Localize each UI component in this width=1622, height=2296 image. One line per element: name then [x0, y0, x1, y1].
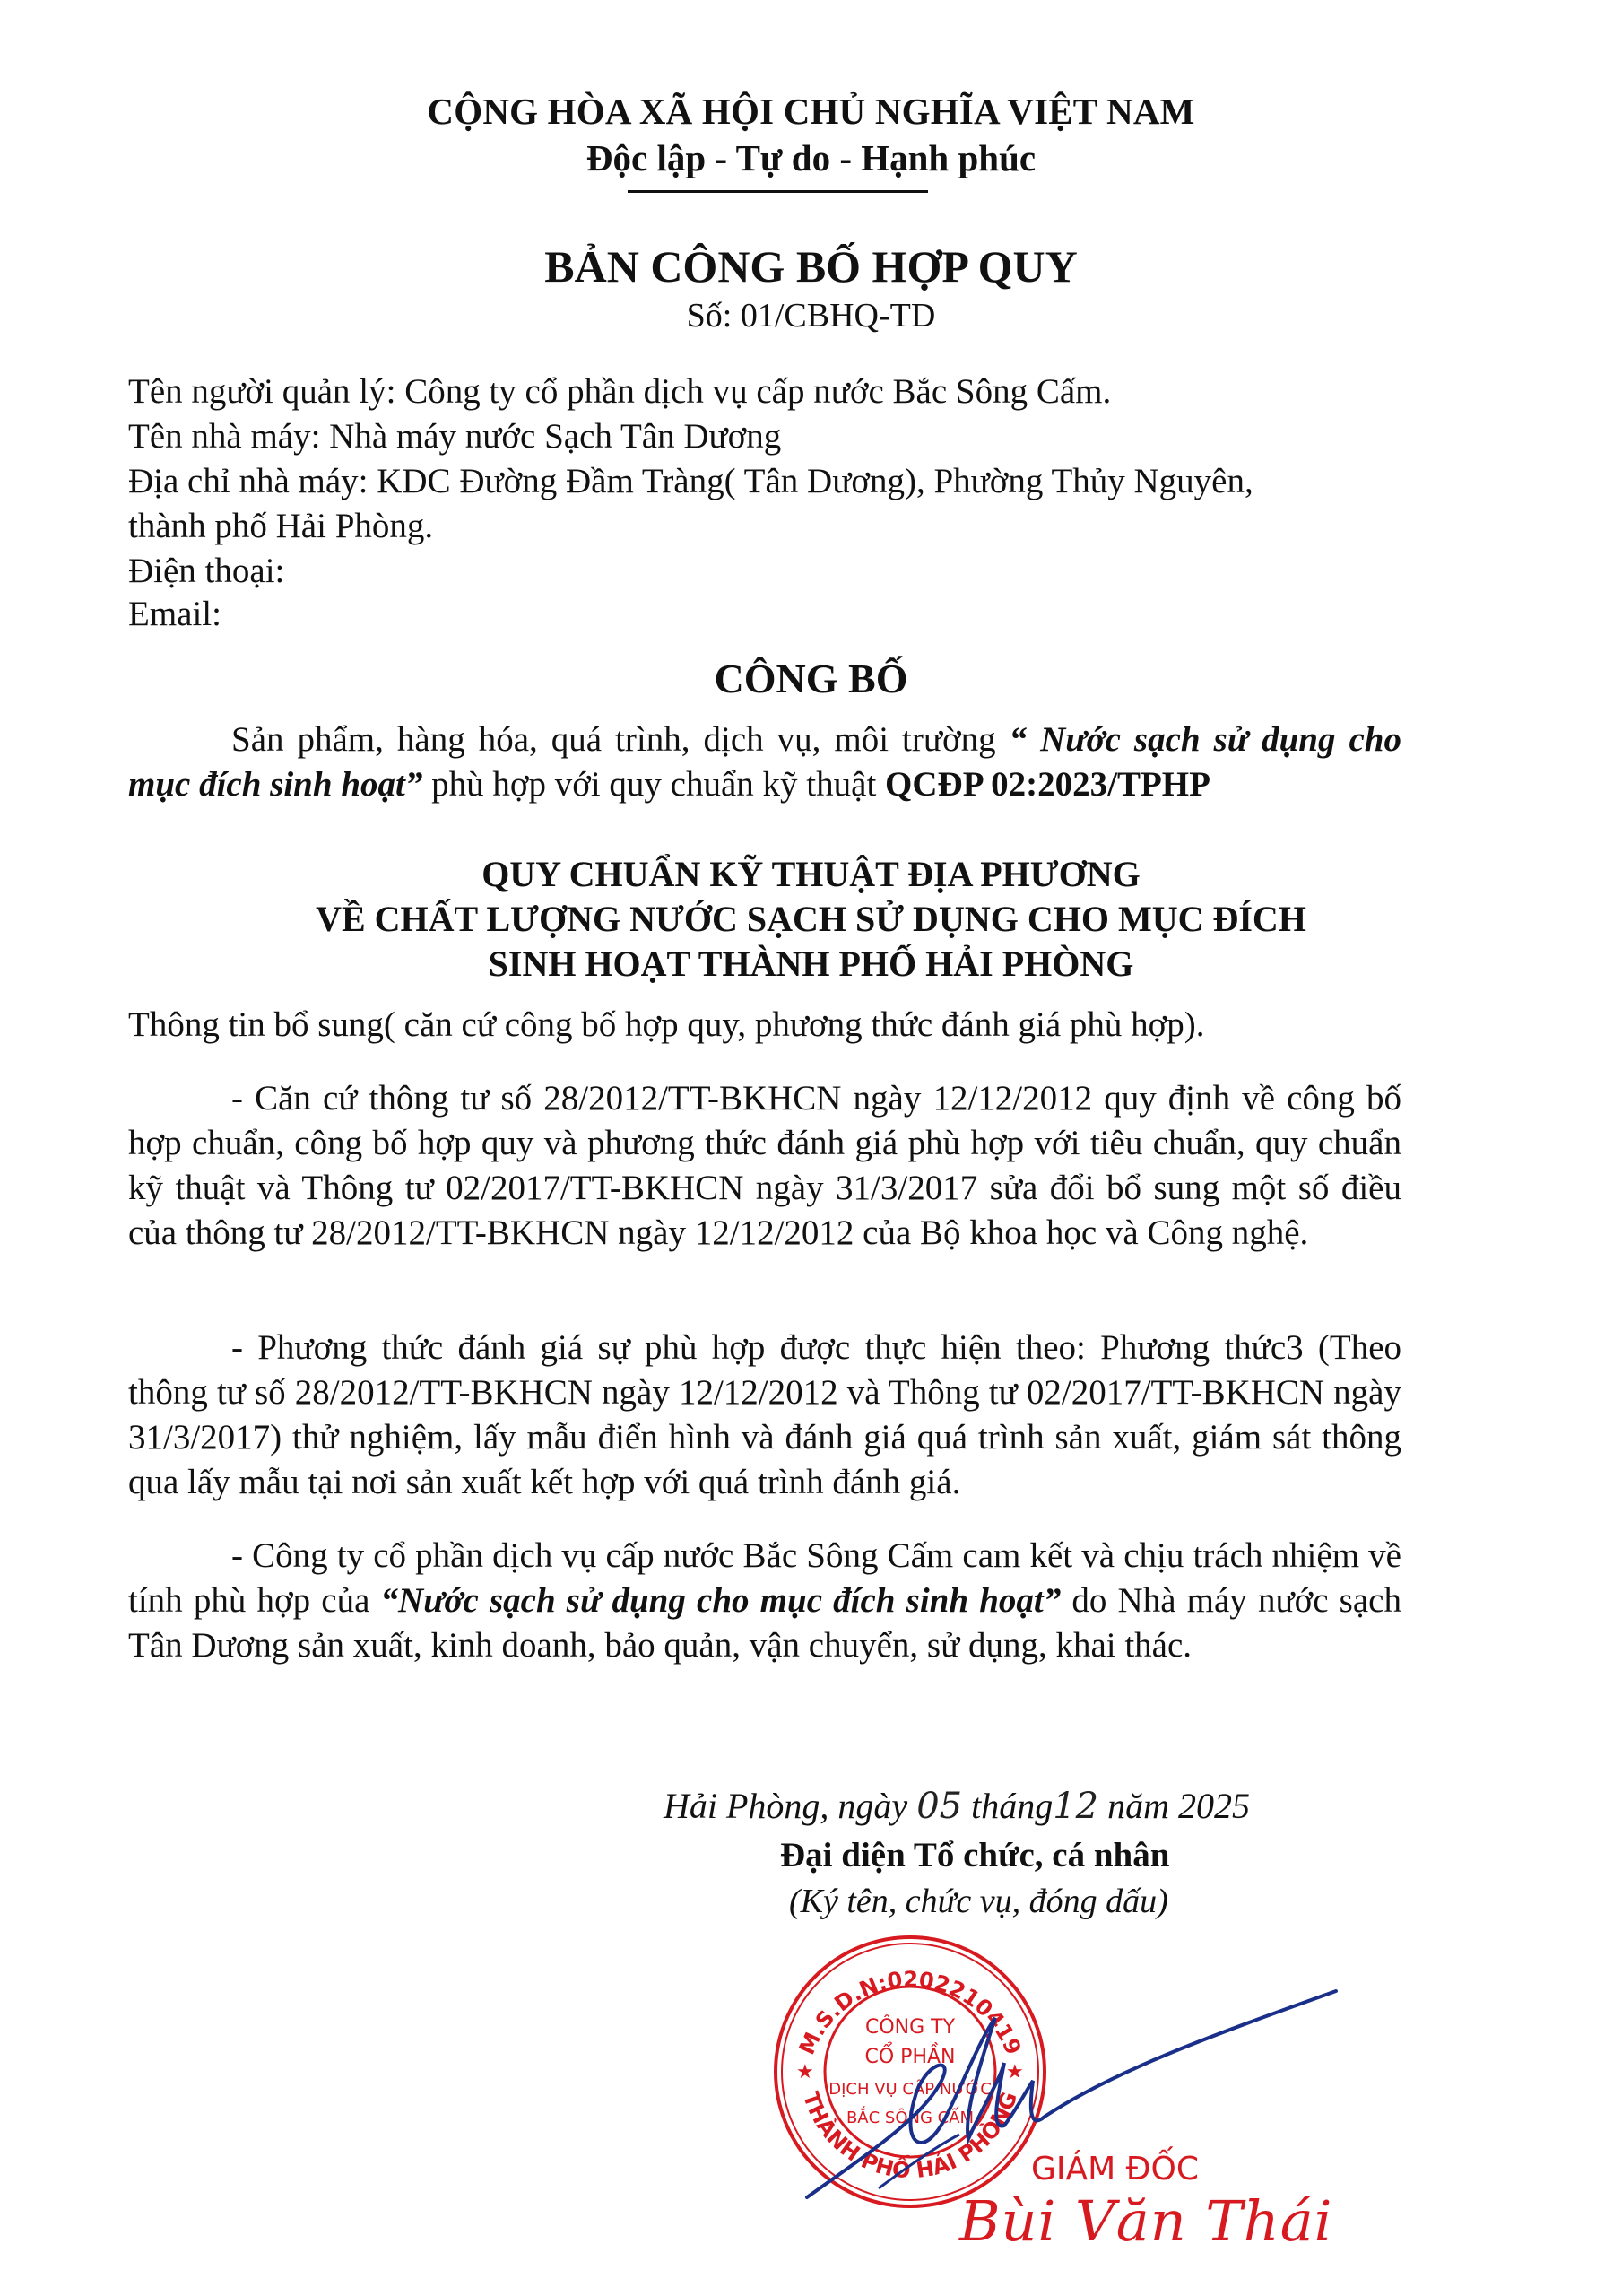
place-prefix: Hải Phòng, ngày — [664, 1786, 916, 1826]
motto: Độc lập - Tự do - Hạnh phúc — [0, 136, 1622, 179]
month-handwritten: 12 — [1053, 1786, 1098, 1827]
commitment-paragraph: - Công ty cổ phần dịch vụ cấp nước Bắc S… — [128, 1534, 1401, 1668]
day-handwritten: 05 — [916, 1786, 962, 1827]
director-title: GIÁM ĐỐC — [1031, 2151, 1199, 2187]
regulation-title-line3: SINH HOẠT THÀNH PHỐ HẢI PHÒNG — [0, 942, 1622, 987]
document-number: Số: 01/CBHQ-TD — [0, 296, 1622, 335]
country-header: CỘNG HÒA XÃ HỘI CHỦ NGHĨA VIỆT NAM — [0, 90, 1622, 133]
header-divider — [628, 190, 928, 193]
year: năm 2025 — [1107, 1786, 1250, 1826]
supplementary-heading: Thông tin bổ sung( căn cứ công bố hợp qu… — [128, 1003, 1401, 1048]
declaration-paragraph: Sản phẩm, hàng hóa, quá trình, dịch vụ, … — [128, 717, 1401, 807]
info-address-line1: Địa chỉ nhà máy: KDC Đường Đầm Tràng( Tâ… — [128, 459, 1253, 503]
regulation-title-line1: QUY CHUẨN KỸ THUẬT ĐỊA PHƯƠNG — [0, 852, 1622, 897]
regulation-title-line2: VỀ CHẤT LƯỢNG NƯỚC SẠCH SỬ DỤNG CHO MỤC … — [0, 897, 1622, 942]
declaration-heading: CÔNG BỐ — [0, 655, 1622, 702]
supplementary-item-2: - Phương thức đánh giá sự phù hợp được t… — [128, 1326, 1401, 1505]
info-factory: Tên nhà máy: Nhà máy nước Sạch Tân Dương — [128, 414, 781, 458]
month-label: tháng — [962, 1786, 1053, 1826]
signature-note: (Ký tên, chức vụ, đóng dấu) — [789, 1882, 1168, 1921]
info-address-line2: thành phố Hải Phòng. — [128, 504, 433, 548]
supplementary-item-1: - Căn cứ thông tư số 28/2012/TT-BKHCN ng… — [128, 1076, 1401, 1256]
commitment-product: “Nước sạch sử dụng cho mục đích sinh hoạ… — [381, 1581, 1062, 1620]
info-manager: Tên người quản lý: Công ty cổ phần dịch … — [128, 370, 1111, 413]
director-name: Bùi Văn Thái — [959, 2188, 1332, 2254]
info-phone-label: Điện thoại: — [128, 549, 284, 593]
info-email-label: Email: — [128, 592, 221, 636]
standard-code: QCĐP 02:2023/TPHP — [885, 765, 1210, 804]
document-title: BẢN CÔNG BỐ HỢP QUY — [0, 240, 1622, 292]
representative-label: Đại diện Tổ chức, cá nhân — [780, 1835, 1169, 1875]
place-date: Hải Phòng, ngày 05 tháng12 năm 2025 — [664, 1785, 1250, 1827]
declaration-intro-after: phù hợp với quy chuẩn kỹ thuật — [422, 765, 885, 804]
declaration-intro: Sản phẩm, hàng hóa, quá trình, dịch vụ, … — [231, 720, 1010, 759]
